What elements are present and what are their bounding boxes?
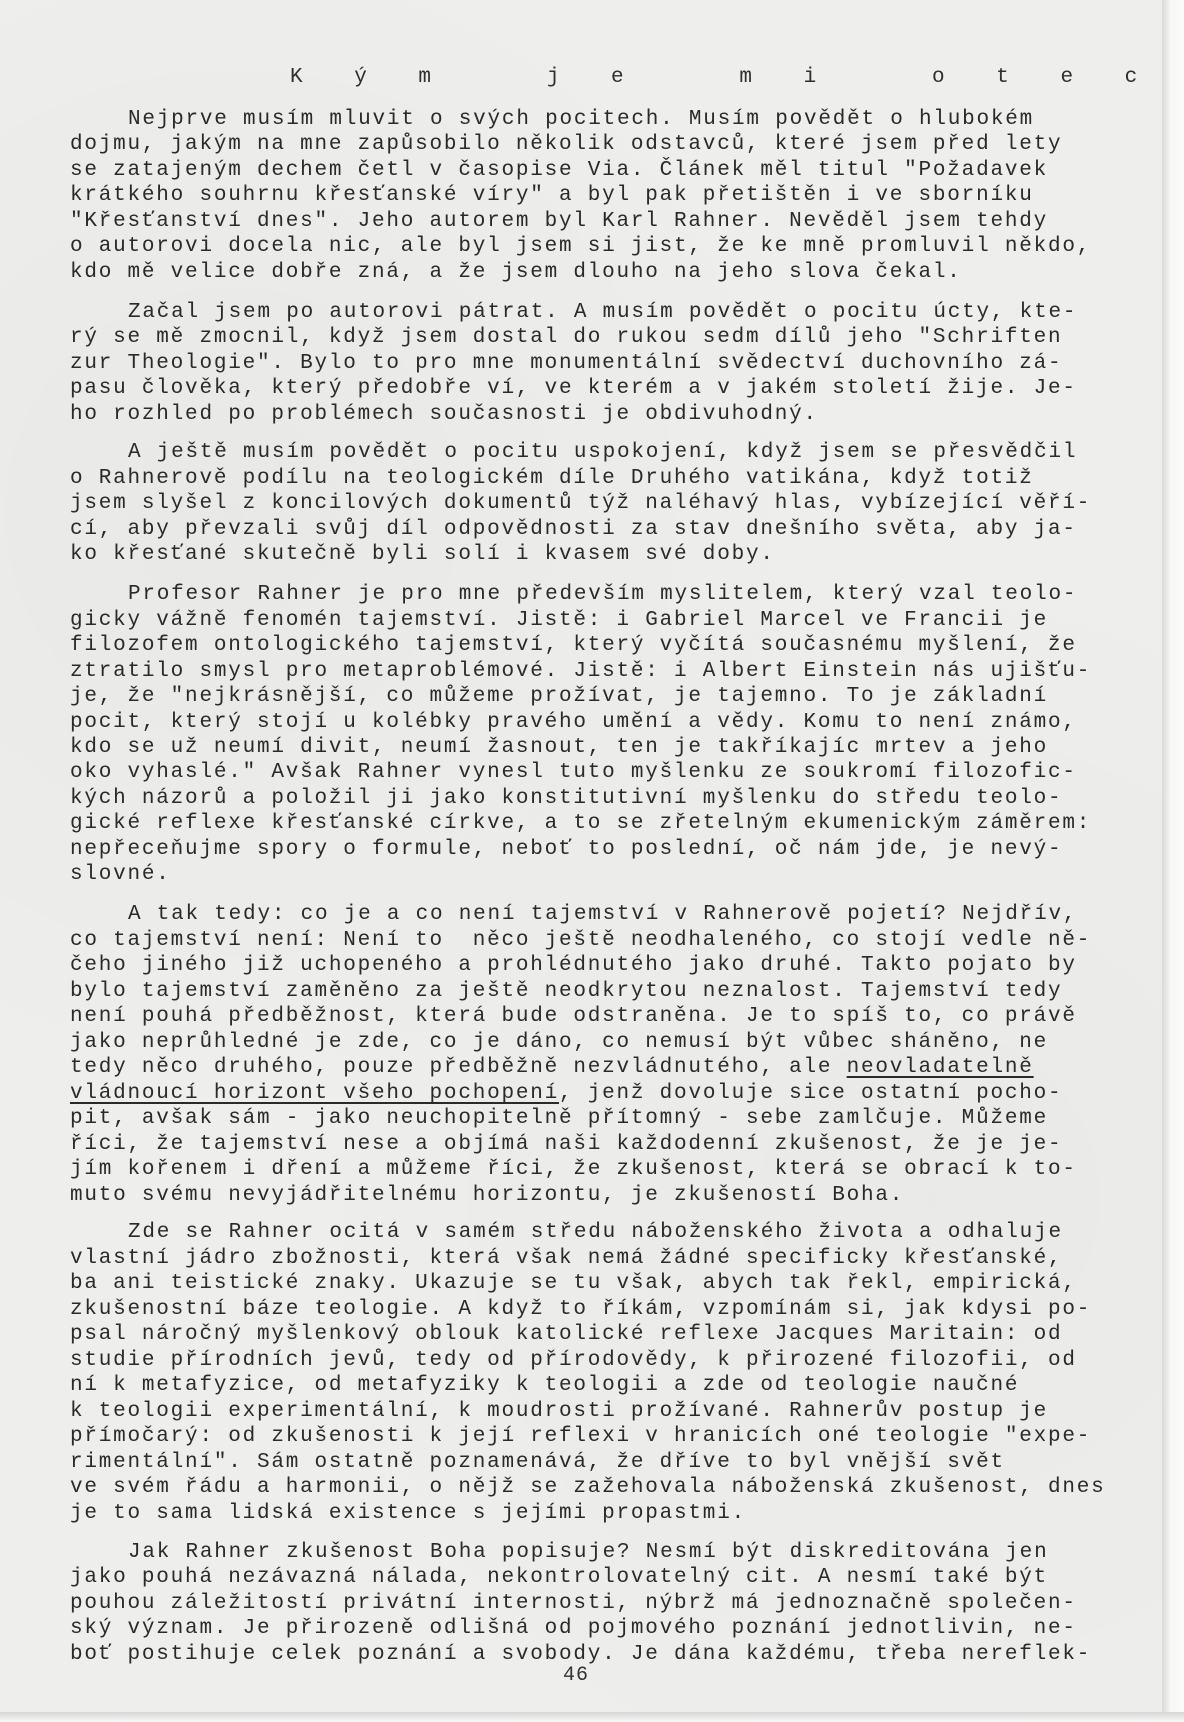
text-line: filozofem ontologického tajemství, který…: [70, 633, 1077, 658]
text-line: ko křesťané skutečně byli solí i kvasem …: [70, 542, 775, 567]
page-number: 46: [563, 1664, 589, 1687]
text-line: Začal jsem po autorovi pátrat. A musím p…: [128, 300, 1077, 325]
text-line: je, že "nejkrásnější, co můžeme prožívat…: [70, 684, 1048, 709]
text-line: vlastní jádro zbožnosti, která však nemá…: [70, 1246, 1062, 1271]
text-line: gické reflexe křesťanské církve, a to se…: [70, 811, 1091, 836]
text-line: nepřeceňujme spory o formule, neboť to p…: [70, 837, 1062, 862]
text-segment: , jenž dovoluje sice ostatní pocho-: [559, 1082, 1062, 1105]
text-line: A ještě musím povědět o pocitu uspokojen…: [128, 440, 1077, 465]
document-page: K ý m j e m i o t e c R a h n e r Nejprv…: [0, 0, 1162, 1712]
text-line: zur Theologie". Bylo to pro mne monument…: [70, 351, 1062, 376]
page-edge-bottom: [0, 1712, 1184, 1722]
underlined-phrase: neovladatelně: [847, 1056, 1034, 1079]
text-line: dojmu, jakým na mne zapůsobilo několik o…: [70, 132, 1062, 157]
text-line: je to sama lidská existence s jejími pro…: [70, 1501, 746, 1526]
text-line: pit, avšak sám - jako neuchopitelně přít…: [70, 1106, 1048, 1131]
text-line: není pouhá předběžnost, která bude odstr…: [70, 1004, 1077, 1029]
text-line: o Rahnerově podílu na teologickém díle D…: [70, 466, 1034, 491]
text-line: krátkého souhrnu křesťanské víry" a byl …: [70, 183, 1034, 208]
text-line: jsem slyšel z koncilových dokumentů týž …: [70, 491, 1091, 516]
text-line: jím kořenem i dření a můžeme říci, že zk…: [70, 1157, 1077, 1182]
text-line: čeho jiného již uchopeného a prohlédnuté…: [70, 953, 1077, 978]
text-line: ní k metafyzice, od metafyziky k teologi…: [70, 1373, 1019, 1398]
text-line: Nejprve musím mluvit o svých pocitech. M…: [128, 107, 1034, 132]
text-line: tedy něco druhého, pouze předběžně nezvl…: [70, 1055, 1034, 1080]
text-line: bylo tajemství zaměněno za ještě neodkry…: [70, 979, 1062, 1004]
text-line: říci, že tajemství nese a objímá naši ka…: [70, 1132, 1062, 1157]
text-line: Jak Rahner zkušenost Boha popisuje? Nesm…: [128, 1540, 1048, 1565]
page-edge-right: [1162, 0, 1184, 1722]
text-line: o autorovi docela nic, ale byl jsem si j…: [70, 234, 1091, 259]
text-line: přímočarý: od zkušenosti k její reflexi …: [70, 1424, 1091, 1449]
text-line: studie přírodních jevů, tedy od přírodov…: [70, 1348, 1077, 1373]
text-line: gicky vážně fenomén tajemství. Jistě: i …: [70, 608, 1048, 633]
text-line: ztratilo smysl pro metaproblémové. Jistě…: [70, 659, 1091, 684]
text-line: "Křesťanství dnes". Jeho autorem byl Kar…: [70, 209, 1048, 234]
text-line: oko vyhaslé." Avšak Rahner vynesl tuto m…: [70, 760, 1077, 785]
text-line: kých názorů a položil ji jako konstituti…: [70, 786, 1062, 811]
text-line: se zatajeným dechem četl v časopise Via.…: [70, 158, 1048, 183]
text-line: jako neprůhledné je zde, co je dáno, co …: [70, 1030, 1048, 1055]
text-line: jako pouhá nezávazná nálada, nekontrolov…: [70, 1565, 1048, 1590]
text-line: psal náročný myšlenkový oblouk katolické…: [70, 1322, 1062, 1347]
text-line: k teologii experimentální, k moudrosti p…: [70, 1399, 1048, 1424]
text-line: vládnoucí horizont všeho pochopení, jenž…: [70, 1081, 1062, 1106]
text-line: ba ani teistické znaky. Ukazuje se tu vš…: [70, 1271, 1077, 1296]
article-title: K ý m j e m i o t e c R a h n e r: [290, 66, 1184, 89]
text-line: Zde se Rahner ocitá v samém středu nábož…: [128, 1220, 1063, 1245]
text-line: A tak tedy: co je a co není tajemství v …: [128, 902, 1077, 927]
text-line: cí, aby převzali svůj díl odpovědnosti z…: [70, 517, 1077, 542]
text-line: pouhou záležitostí privátní internosti, …: [70, 1591, 1077, 1616]
text-line: zkušenostní báze teologie. A když to řík…: [70, 1297, 1091, 1322]
text-line: Profesor Rahner je pro mne především mys…: [128, 582, 1077, 607]
text-line: rimentální". Sám ostatně poznamenává, že…: [70, 1450, 1005, 1475]
text-line: kdo se už neumí divit, neumí žasnout, te…: [70, 735, 1048, 760]
text-line: ský význam. Je přirozeně odlišná od pojm…: [70, 1616, 1077, 1641]
text-line: rý se mě zmocnil, když jsem dostal do ru…: [70, 325, 1062, 350]
text-line: pasu člověka, který předobře ví, ve kter…: [70, 376, 1077, 401]
text-line: pocit, který stojí u kolébky pravého umě…: [70, 710, 1077, 735]
text-line: ho rozhled po problémech současnosti je …: [70, 402, 818, 427]
text-line: slovné.: [70, 862, 171, 887]
text-segment: tedy něco druhého, pouze předběžně nezvl…: [70, 1056, 847, 1079]
text-line: kdo mě velice dobře zná, a že jsem dlouh…: [70, 260, 962, 285]
text-line: muto svému nevyjádřitelnému horizontu, j…: [70, 1183, 904, 1208]
underlined-phrase: vládnoucí horizont všeho pochopení: [70, 1082, 559, 1105]
text-line: co tajemství není: Není to něco ještě ne…: [70, 928, 1091, 953]
text-line: ve svém řádu a harmonii, o nějž se zažeh…: [70, 1475, 1106, 1500]
